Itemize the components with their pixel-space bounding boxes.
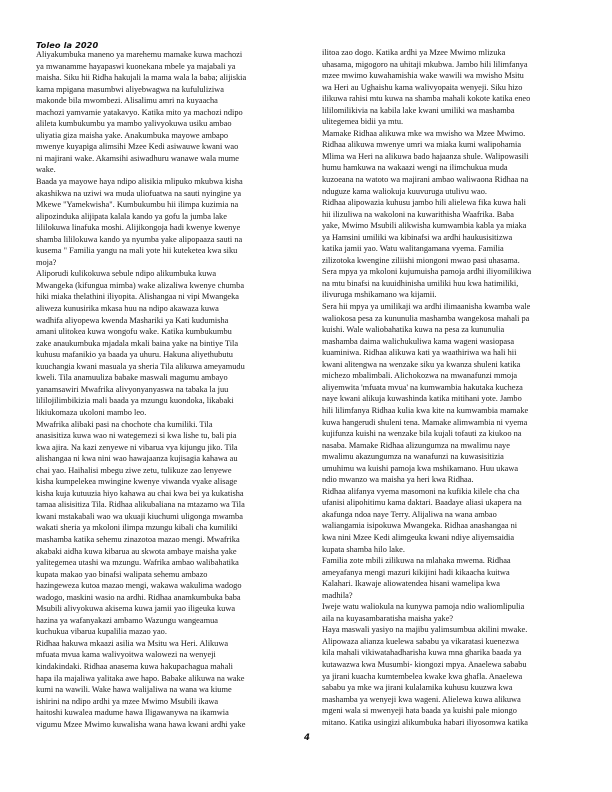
document-page: Toleo la 2020 Aliyakumbuka maneno ya mar… (0, 0, 612, 792)
text-line: madhila? (322, 590, 588, 602)
text-line: anasisitiza kuwa wao ni wategemezi si kw… (36, 430, 298, 442)
text-line: kumi na wawili. Wake hawa walijaliwa na … (36, 684, 298, 696)
text-line: lililokuwa linafuka moshi. Alijikongoja … (36, 222, 298, 234)
text-line: Mamake Ridhaa alikuwa mke wa mwisho wa M… (322, 128, 588, 140)
text-line: ni majirani wake. Akamsihi asiwadhuru wa… (36, 153, 298, 165)
page-number: 4 (304, 733, 310, 743)
text-line: shamba lililokuwa kando ya nyumba yake a… (36, 234, 298, 246)
text-line: katika jamii yao. Watu walitangamana vye… (322, 243, 588, 255)
text-line: Mwangeka (kifungua mimba) wake alizaliwa… (36, 280, 298, 292)
text-line: lililojilimbikizia mali baada ya mzungu … (36, 395, 298, 407)
text-line: kweli. Tila anamuuliza babake maswali ma… (36, 372, 298, 384)
text-line: Aliporudi kulikokuwa sebule ndipo alikum… (36, 268, 298, 280)
text-line: hiki miaka thelathini iliyopita. Alishan… (36, 291, 298, 303)
text-line: michezo mbalimbali. Alichokozwa na mwana… (322, 370, 588, 382)
text-line: ilivuruga mshikamano wa kijamii. (322, 289, 588, 301)
text-line: kuuchangia kwani masuala ya sheria Tila … (36, 361, 298, 373)
text-line: kwa ajira. Na kazi zenyewe ni vibarua vy… (36, 442, 298, 454)
text-line: ndio mwanzo wa maisha ya heri kwa Ridhaa… (322, 474, 588, 486)
text-line: wake. (36, 164, 298, 176)
text-line: umuhimu wa kuishi pamoja kwa mshikamano.… (322, 463, 588, 475)
text-line: yanamsawiri Mwafrika alivyonyanyaswa na … (36, 384, 298, 396)
text-line: mitano. Katika usingizi alikumbuka habar… (322, 717, 588, 729)
text-line: Mkewe "Yamekwisha". Kumbukumbu hii ilimp… (36, 199, 298, 211)
text-line: mwalimu akazungumza na wanafunzi na kuwa… (322, 451, 588, 463)
text-line: aliyemwita 'mfuata mvua' na kumwambia ha… (322, 382, 588, 394)
right-column-text: ilitoa zao dogo. Katika ardhi ya Mzee Mw… (322, 47, 588, 728)
text-line: hazingeweza kutoa mazao mengi, wakawa wa… (36, 580, 298, 592)
text-line: naye kwani alikuja kuwashinda katika mit… (322, 393, 588, 405)
text-line: hazina ya wafanyakazi ambamo Wazungu wan… (36, 615, 298, 627)
text-line: kila mahali vikiwatahadharisha kuwa mna … (322, 647, 588, 659)
text-line: mashamba ya wenyeji kwa wageni. Alielewa… (322, 694, 588, 706)
text-line: makonde bila mwombezi. Alisalimu amri na… (36, 95, 298, 107)
text-line: ilitoa zao dogo. Katika ardhi ya Mzee Mw… (322, 47, 588, 59)
text-line: Mlima wa Heri na alikuwa bado hajaanza s… (322, 151, 588, 163)
text-line: sababu ya mke wa jirani kulalamika kuhus… (322, 682, 588, 694)
text-line: kuzoeana na watoto wa majirani ambao wal… (322, 174, 588, 186)
text-line: kwani mstakabali wao wa ukuaji kiuchumi … (36, 511, 298, 523)
text-line: machozi yamvamie yatakavyo. Katika mito … (36, 107, 298, 119)
text-line: waliangamia isipokuwa Mwangeka. Ridhaa a… (322, 520, 588, 532)
text-line: kupata makao yao binafsi walipata sehemu… (36, 569, 298, 581)
text-line: ya jirani kuacha kumtembelea kwake kwa g… (322, 671, 588, 683)
text-line: ya Hamsini umiliki wa kibinafsi wa ardhi… (322, 232, 588, 244)
text-line: kwa nini Mzee Kedi alimgeuka kwani ndiye… (322, 532, 588, 544)
text-line: Sera mpya ya mkoloni kujumuisha pamoja a… (322, 266, 588, 278)
text-line: mgeni wala si mwenyeji hata baada ya kui… (322, 705, 588, 717)
text-line: Kalahari. Ikawaje aliowatendea hisani wa… (322, 578, 588, 590)
text-line: kisha kumpelekea mwingine kwenye viwanda… (36, 476, 298, 488)
text-line: mfuata mvua kama walivyoitwa walowezi na… (36, 649, 298, 661)
text-line: vigumu Mzee Mwimo kuwalisha wana hawa kw… (36, 719, 298, 731)
text-line: akabaki aidha kuwa kibarua au skwota amb… (36, 546, 298, 558)
text-line: haitoshi kuwalea madume hawa Iligawanywa… (36, 707, 298, 719)
text-line: zilizotoka kwengine ziliishi miongoni mw… (322, 255, 588, 267)
text-line: aliweza kunusirika mkasa huu na ndipo ak… (36, 303, 298, 315)
text-line: Msubili alivyokuwa akisema kuwa jamii ya… (36, 603, 298, 615)
text-line: mzee mwimo kuwahamishia wake wawili wa m… (322, 70, 588, 82)
text-line: akashikwa na uziwi wa muda uliofuatwa na… (36, 188, 298, 200)
text-line: akafunga ndoa naye Terry. Alijaliwa na w… (322, 509, 588, 521)
text-line: Ridhaa alipowazia kuhusu jambo hili alie… (322, 197, 588, 209)
text-line: Haya maswali yasiyo na majibu yalimsumbu… (322, 624, 588, 636)
text-line: kuchukua vibarua kupalilia mazao yao. (36, 626, 298, 638)
text-line: ameyafanya mengi mazuri kikijini hadi ki… (322, 567, 588, 579)
text-line: chai yao. Haihalisi mbegu ziwe zetu, tul… (36, 465, 298, 477)
text-line: yalitegemea utashi wa mzungu. Wafrika am… (36, 557, 298, 569)
text-line: moja? (36, 257, 298, 269)
text-line: ishirini na ndipo ardhi ya mzee Mwimo Ms… (36, 696, 298, 708)
text-line: ya mwanamme hayapaswi kuonekana mbele ya… (36, 61, 298, 73)
text-line: nasaba. Mamake Ridhaa alizungumza na mwa… (322, 440, 588, 452)
text-line: humu hamkuwa na wakaazi wengi na ilimchu… (322, 162, 588, 174)
text-line: Sera hii mpya ya umilikaji wa ardhi ilim… (322, 301, 588, 313)
text-line: maisha. Siku hii Ridha hakujali la mama … (36, 72, 298, 84)
text-line: zake anaukumbuka mjadala mkali baina yak… (36, 338, 298, 350)
text-line: tamaa alisisitiza Tila. Ridhaa alikubali… (36, 499, 298, 511)
text-line: uhasama, migogoro na uhitaji mkubwa. Jam… (322, 59, 588, 71)
text-line: Mwafrika alibaki pasi na chochote cha ku… (36, 419, 298, 431)
text-line: kutawazwa kwa Musumbi- kiongozi mpya. An… (322, 659, 588, 671)
text-line: kama mpigana masumbwi aliyebwagwa na kuf… (36, 84, 298, 96)
text-line: kuishi. Wale waliobahatika kuwa na pesa … (322, 324, 588, 336)
text-line: ilikuwa rahisi mtu kuwa na shamba mahali… (322, 93, 588, 105)
text-line: alipozinduka alijipata kalala kando ya g… (36, 211, 298, 223)
text-line: kindakindaki. Ridhaa anasema kuwa hakupa… (36, 661, 298, 673)
left-column-text: Aliyakumbuka maneno ya marehemu mamake k… (36, 49, 298, 730)
text-line: na mtu binafsi na kuuidhinisha umiliki h… (322, 278, 588, 290)
text-line: kujifunza kuishi na wenzake bila kujali … (322, 428, 588, 440)
text-line: alileta kumbukumbu ya mambo yalivyokuwa … (36, 118, 298, 130)
text-line: ufanisi alipohitimu kama daktari. Baaday… (322, 497, 588, 509)
text-line: Baada ya mayowe haya ndipo alisikia mlip… (36, 176, 298, 188)
text-line: Familia zote mbili zilikuwa na mlahaka m… (322, 555, 588, 567)
text-line: waliokosa pesa za kununulia mashamba wan… (322, 313, 588, 325)
text-line: yake, Mwimo Msubili alikwisha kumwambia … (322, 220, 588, 232)
text-line: mwenye kuyapiga alimsihi Mzee Kedi asiwa… (36, 141, 298, 153)
text-line: Alipowaza alianza kuelewa sababu ya vika… (322, 636, 588, 648)
text-line: lililomilikivia na kabila lake kwani umi… (322, 105, 588, 117)
text-line: kuaminiwa. Ridhaa alikuwa kati ya waathi… (322, 347, 588, 359)
text-line: wadhifa aliyopewa kwenda Mashariki ya Ka… (36, 315, 298, 327)
text-line: kupata shamba hilo lake. (322, 544, 588, 556)
text-line: Ridhaa hakuwa mkaazi asilia wa Msitu wa … (36, 638, 298, 650)
text-line: nduguze kama waliokuja kuuvuruga utulivu… (322, 186, 588, 198)
text-line: mashamba katika sehemu zinazotoa mazao m… (36, 534, 298, 546)
text-line: kwani alitengwa na wenzake siku ya kwanz… (322, 359, 588, 371)
text-line: kusema " Familia yangu na mali yote hii … (36, 245, 298, 257)
text-line: kuwa hangerudi shuleni tena. Mamake alim… (322, 417, 588, 429)
text-line: kisha kuja kutuuzia hiyo kahawa au chai … (36, 488, 298, 500)
text-line: Aliyakumbuka maneno ya marehemu mamake k… (36, 49, 298, 61)
text-line: hii ilizuliwa na wakoloni na kuwarithish… (322, 209, 588, 221)
text-line: kuhusu mafanikio ya baada ya uhuru. Haku… (36, 349, 298, 361)
text-line: wakati sheria ya mkoloni ilimpa mzungu k… (36, 522, 298, 534)
text-line: likiukomaza ukoloni mambo leo. (36, 407, 298, 419)
text-line: hapa ila majaliwa yalitaka awe hapo. Bab… (36, 673, 298, 685)
text-line: ulitegemea bidii ya mtu. (322, 116, 588, 128)
text-line: Ridhaa alifanya vyema masomoni na kufiki… (322, 486, 588, 498)
text-line: hili lilimfanya Ridhaa kulia kwa kite na… (322, 405, 588, 417)
text-line: mashamba daima walichukuliwa kama wageni… (322, 336, 588, 348)
text-line: wadogo, maskini wasio na ardhi. Ridhaa a… (36, 592, 298, 604)
text-line: Ridhaa alikuwa mwenye umri wa miaka kumi… (322, 139, 588, 151)
text-line: wa Heri au Ughaishu kama walivyopaita we… (322, 82, 588, 94)
text-line: uliyatia giza maisha yake. Anakumbuka ma… (36, 130, 298, 142)
text-line: aila na kuyasambaratisha maisha yake? (322, 613, 588, 625)
text-line: Iweje watu waliokula na kunywa pamoja nd… (322, 601, 588, 613)
text-line: alishangaa ni kwa nini wao hawajaanza ku… (36, 453, 298, 465)
text-line: amani ulitokea kuwa wongofu wake. Katika… (36, 326, 298, 338)
